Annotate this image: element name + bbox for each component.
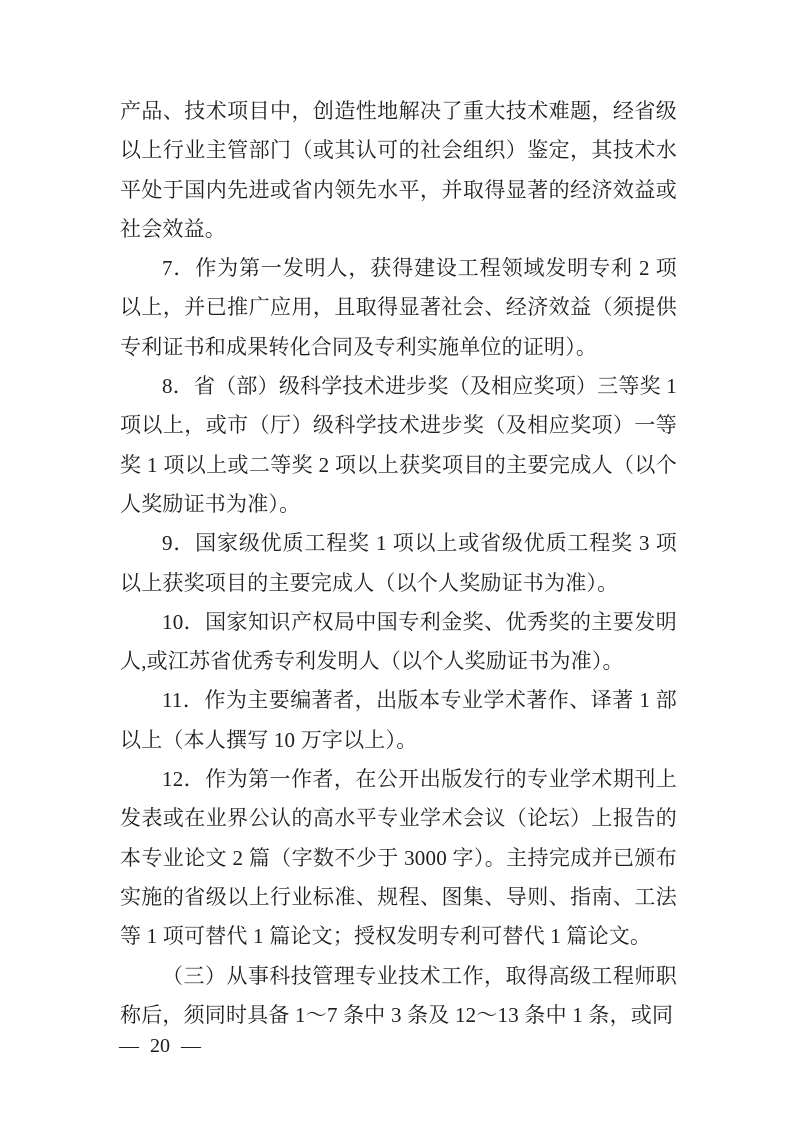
page-number-footer: —20— [119,1035,201,1058]
paragraph-item-7: 7．作为第一发明人，获得建设工程领域发明专利 2 项以上，并已推广应用，且取得显… [120,249,677,367]
paragraph-item-8: 8．省（部）级科学技术进步奖（及相应奖项）三等奖 1 项以上，或市（厅）级科学技… [120,367,677,524]
document-page: 产品、技术项目中，创造性地解决了重大技术难题，经省级以上行业主管部门（或其认可的… [0,0,793,1122]
footer-left-dash: — [119,1035,139,1057]
paragraph-item-10: 10．国家知识产权局中国专利金奖、优秀奖的主要发明人,或江苏省优秀专利发明人（以… [120,603,677,682]
paragraph-section-3: （三）从事科技管理专业技术工作，取得高级工程师职称后，须同时具备 1～7 条中 … [120,957,677,1036]
footer-right-dash: — [181,1035,201,1057]
page-number: 20 [150,1035,170,1058]
paragraph-item-9: 9．国家级优质工程奖 1 项以上或省级优质工程奖 3 项以上获奖项目的主要完成人… [120,524,677,603]
paragraph-continuation: 产品、技术项目中，创造性地解决了重大技术难题，经省级以上行业主管部门（或其认可的… [120,92,677,249]
paragraph-item-11: 11．作为主要编著者，出版本专业学术著作、译著 1 部以上（本人撰写 10 万字… [120,681,677,760]
paragraph-item-12: 12．作为第一作者，在公开出版发行的专业学术期刊上发表或在业界公认的高水平专业学… [120,760,677,956]
document-body: 产品、技术项目中，创造性地解决了重大技术难题，经省级以上行业主管部门（或其认可的… [120,92,677,1035]
